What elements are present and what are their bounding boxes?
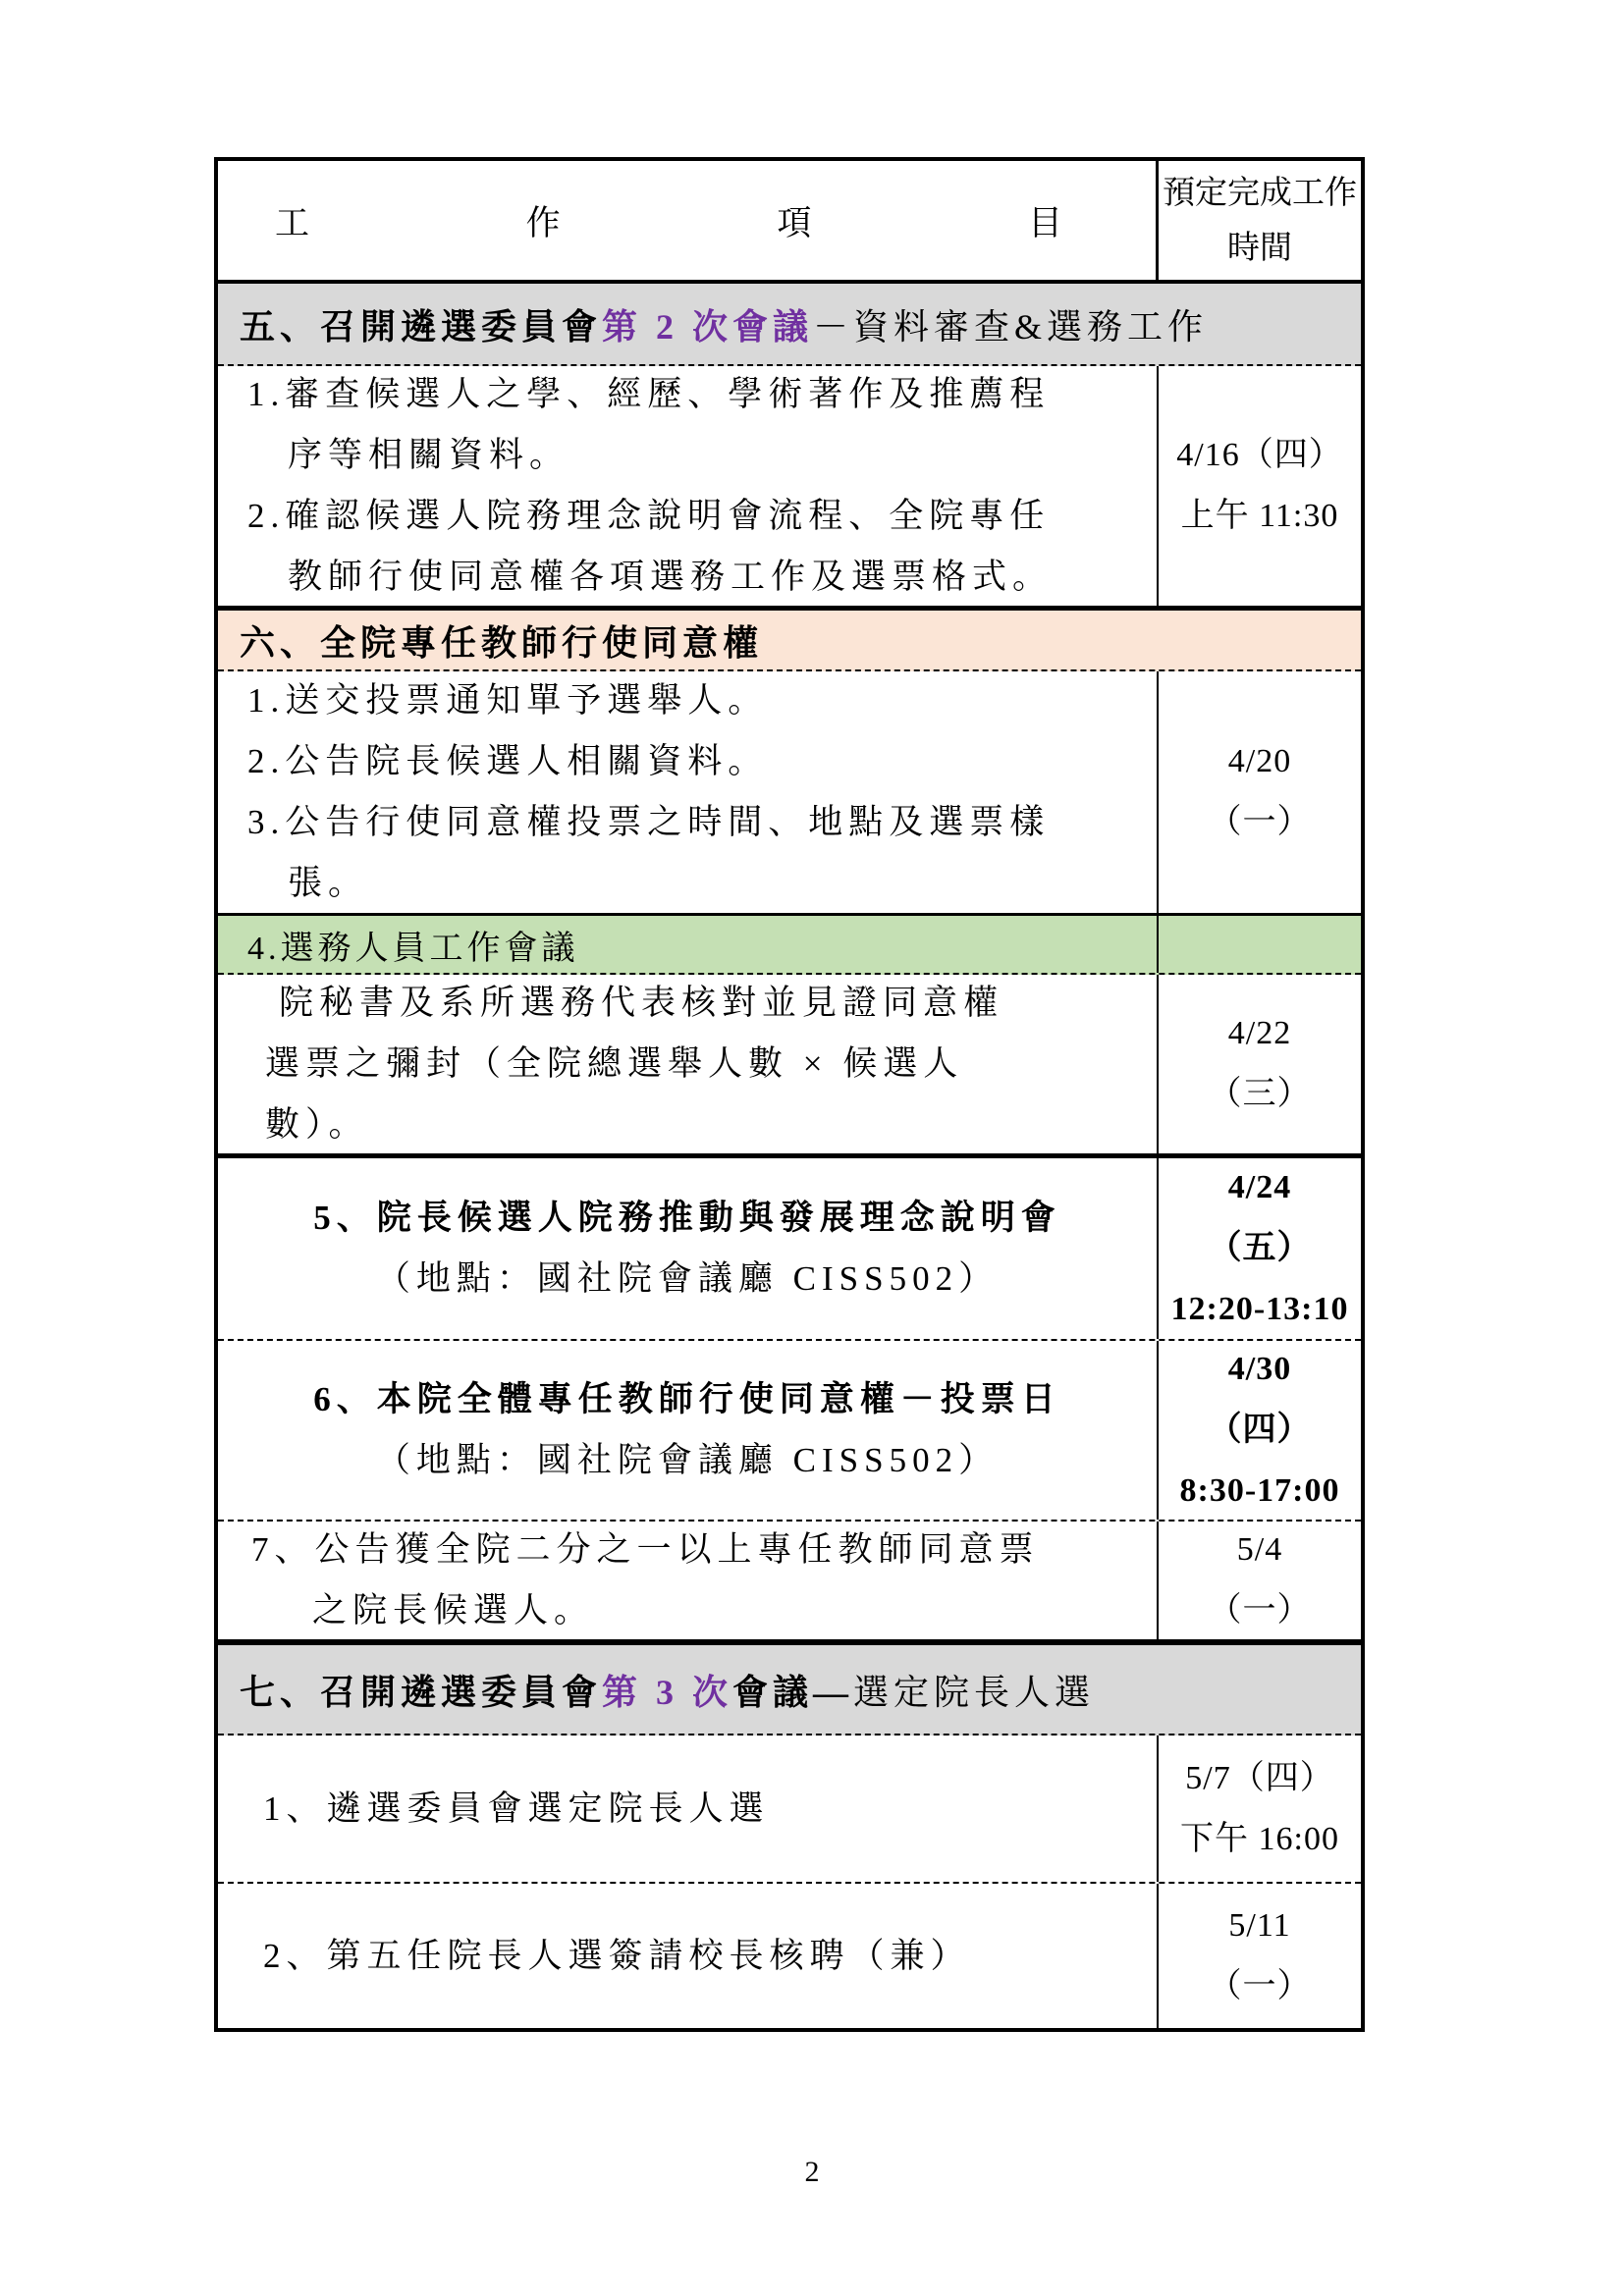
header-char-zuo: 作: [526, 196, 561, 245]
schedule-table: 工 作 項 目 預定完成工作 時間 五、召開遴選委員會第 2 次會議－資料審查&…: [214, 157, 1365, 2032]
section-7-highlight: 第 3 次: [602, 1665, 732, 1715]
row-appoint: 2、第五任院長人選簽請校長核聘（兼） 5/11 （一）: [218, 1884, 1361, 2028]
notify-item-3: 3.公告行使同意權投票之時間、地點及選票樣 張。: [218, 792, 1157, 914]
row-briefing-time: 4/24 （五） 12:20-13:10: [1159, 1158, 1361, 1339]
section-6-band: 六、全院專任教師行使同意權: [218, 611, 1361, 671]
row-notify-time: 4/20 （一）: [1159, 671, 1361, 913]
row-briefing: 5、院長候選人院務推動與發展理念說明會 （地點：國社院會議廳 CISS502） …: [218, 1158, 1361, 1341]
section-5-suffix: －資料審查&選務工作: [813, 299, 1208, 349]
notify-item-1: 1.送交投票通知單予選舉人。: [218, 670, 1157, 731]
row-decide-time: 5/7（四） 下午 16:00: [1159, 1735, 1361, 1882]
page-number: 2: [0, 2156, 1624, 2189]
document-page: 工 作 項 目 預定完成工作 時間 五、召開遴選委員會第 2 次會議－資料審查&…: [0, 0, 1624, 2296]
row-briefing-tasks: 5、院長候選人院務推動與發展理念說明會 （地點：國社院會議廳 CISS502）: [218, 1158, 1159, 1339]
section-5-highlight: 第 2 次會議: [602, 299, 813, 349]
row-review-tasks: 1.審查候選人之學、經歷、學術著作及推薦程 序等相關資料。 2.確認候選人院務理…: [218, 366, 1159, 606]
briefing-location: （地點：國社院會議廳 CISS502）: [218, 1249, 1157, 1309]
notify-item-2: 2.公告院長候選人相關資料。: [218, 731, 1157, 792]
table-header-row: 工 作 項 目 預定完成工作 時間: [218, 161, 1361, 284]
row-announce-tasks: 7、公告獲全院二分之一以上專任教師同意票 之院長候選人。: [218, 1522, 1159, 1639]
green-band-title: 4.選務人員工作會議: [247, 921, 1157, 969]
announce-text: 7、公告獲全院二分之一以上專任教師同意票 之院長候選人。: [218, 1520, 1157, 1641]
section-5-band: 五、召開遴選委員會第 2 次會議－資料審查&選務工作: [218, 284, 1361, 366]
row-seal-tasks: 院秘書及系所選務代表核對並見證同意權 選票之彌封（全院總選舉人數 × 候選人 數…: [218, 975, 1159, 1153]
row-announce-time: 5/4 （一）: [1159, 1522, 1361, 1639]
row-voting-time: 4/30 （四） 8:30-17:00: [1159, 1341, 1361, 1520]
decide-text: 1、遴選委員會選定院長人選: [218, 1779, 1157, 1840]
appoint-text: 2、第五任院長人選簽請校長核聘（兼）: [218, 1926, 1157, 1987]
header-char-mu: 目: [1028, 196, 1062, 245]
header-time-cell: 預定完成工作 時間: [1159, 161, 1361, 280]
header-char-xiang: 項: [777, 196, 811, 245]
green-band-title-cell: 4.選務人員工作會議: [218, 916, 1159, 973]
row-decide-tasks: 1、遴選委員會選定院長人選: [218, 1735, 1159, 1882]
section-6-title: 六、全院專任教師行使同意權: [240, 615, 763, 666]
green-band-empty-cell: [1159, 916, 1361, 973]
row-voting-tasks: 6、本院全體專任教師行使同意權－投票日 （地點：國社院會議廳 CISS502）: [218, 1341, 1159, 1520]
seal-text: 院秘書及系所選務代表核對並見證同意權 選票之彌封（全院總選舉人數 × 候選人 數…: [218, 973, 1157, 1155]
briefing-title: 5、院長候選人院務推動與發展理念說明會: [218, 1188, 1157, 1249]
row-seal: 院秘書及系所選務代表核對並見證同意權 選票之彌封（全院總選舉人數 × 候選人 數…: [218, 975, 1361, 1158]
voting-title: 6、本院全體專任教師行使同意權－投票日: [218, 1369, 1157, 1430]
row-notify: 1.送交投票通知單予選舉人。 2.公告院長候選人相關資料。 3.公告行使同意權投…: [218, 671, 1361, 916]
header-char-gong: 工: [275, 196, 309, 245]
review-item-1: 1.審查候選人之學、經歷、學術著作及推薦程 序等相關資料。: [218, 364, 1157, 486]
row-voting: 6、本院全體專任教師行使同意權－投票日 （地點：國社院會議廳 CISS502） …: [218, 1341, 1361, 1522]
row-appoint-time: 5/11 （一）: [1159, 1884, 1361, 2028]
section-7-suffix: 選定院長人選: [853, 1665, 1095, 1715]
section-7-band: 七、召開遴選委員會第 3 次會議—選定院長人選: [218, 1645, 1361, 1735]
row-announce: 7、公告獲全院二分之一以上專任教師同意票 之院長候選人。 5/4 （一）: [218, 1522, 1361, 1645]
header-work-items-cell: 工 作 項 目: [218, 161, 1159, 280]
row-review-time: 4/16（四） 上午 11:30: [1159, 366, 1361, 606]
row-notify-tasks: 1.送交投票通知單予選舉人。 2.公告院長候選人相關資料。 3.公告行使同意權投…: [218, 671, 1159, 913]
section-7-prefix: 七、召開遴選委員會: [240, 1665, 602, 1715]
section-7-mid: 會議—: [732, 1665, 853, 1715]
row-review: 1.審查候選人之學、經歷、學術著作及推薦程 序等相關資料。 2.確認候選人院務理…: [218, 366, 1361, 611]
row-decide: 1、遴選委員會選定院長人選 5/7（四） 下午 16:00: [218, 1735, 1361, 1884]
section-5-prefix: 五、召開遴選委員會: [240, 299, 602, 349]
row-green-band: 4.選務人員工作會議: [218, 916, 1361, 975]
row-seal-time: 4/22 （三）: [1159, 975, 1361, 1153]
row-appoint-tasks: 2、第五任院長人選簽請校長核聘（兼）: [218, 1884, 1159, 2028]
voting-location: （地點：國社院會議廳 CISS502）: [218, 1430, 1157, 1491]
review-item-2: 2.確認候選人院務理念說明會流程、全院專任 教師行使同意權各項選務工作及選票格式…: [218, 486, 1157, 608]
